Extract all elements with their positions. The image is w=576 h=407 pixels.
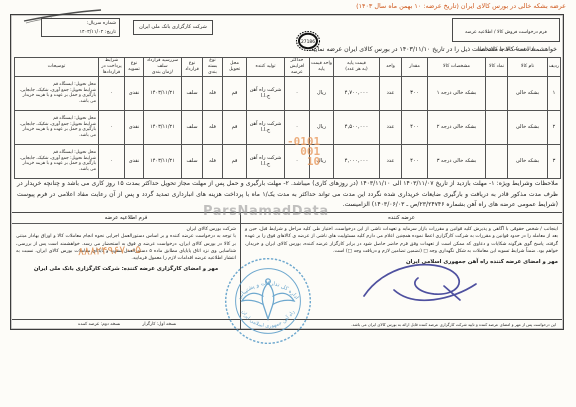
cell: ۳ [548, 144, 561, 178]
railway-round-stamp-icon: اداره کل تدارکات و پشتیبانی راه آهن جمهو… [223, 256, 313, 346]
col-header-price-unit: واحد قیمت پایه [310, 58, 334, 77]
cell: ۱۴۰۳/۱۱/۲۱ [144, 76, 182, 110]
cell: شرکت راه آهن ج.ا.ا [247, 110, 285, 144]
col-header-payment-terms: شرایط پرداخت در قراردادها [99, 58, 125, 77]
col-header-unit: واحد [380, 58, 402, 77]
date-line: تاریخ: ۱۴۰۳/۱۱/۰۲ [42, 29, 116, 38]
col-header-maturity: سررسید قرارداد سلف /زمان بندی [144, 58, 182, 77]
form-title-box: فرم درخواست فروش کالا / اطلاعیه عرضه باز… [452, 18, 560, 42]
cell: · [99, 110, 125, 144]
footer-note: این درخواست پس از مهر و امضای عرضه کننده… [351, 322, 556, 327]
svg-text:اداره کل تدارکات و پشتیبانی: اداره کل تدارکات و پشتیبانی [237, 280, 300, 301]
cell: سلف [182, 76, 203, 110]
cell: فله [203, 110, 223, 144]
cell: ۱۴۰۳/۱۱/۲۱ [144, 144, 182, 178]
cell: سلف [182, 110, 203, 144]
col-header-packaging: نوع بسته بندی [203, 58, 223, 77]
cell: · [99, 76, 125, 110]
cell: شرکت راه آهن ج.ا.ا [247, 76, 285, 110]
scanned-form-sheet: عرضه بشکه خالی در بورس کالای ایران (تاری… [0, 0, 576, 407]
cell [486, 76, 508, 110]
broker-name-box: شرکت کارگزاری بانک ملی ایران [133, 20, 213, 35]
cell: قم [223, 110, 247, 144]
cell: · [285, 76, 310, 110]
col-header-qty: مقدار [402, 58, 428, 77]
col-header-max-increase: حداکثر افزایش عرضه [285, 58, 310, 77]
cell: ۴,۰۰۰,۰۰۰ [334, 144, 380, 178]
table-header-row: ردیف نام کالا نماد کالا مشخصات کالا مقدا… [15, 58, 561, 77]
cell: ۱۴۰۳/۱۱/۲۱ [144, 110, 182, 144]
serial-date-box: شماره سریال: تاریخ: ۱۴۰۳/۱۱/۰۲ [41, 18, 120, 37]
form-title-line1: فرم درخواست فروش کالا / اطلاعیه عرضه [453, 29, 559, 38]
footer-copy1: نسخه اول: کارگزار [142, 322, 176, 327]
col-header-notes: توضیحات [15, 58, 99, 77]
col-header-producer: تولید کننده [247, 58, 285, 77]
cell: عدد [380, 144, 402, 178]
cell: شرکت راه آهن ج.ا.ا [247, 144, 285, 178]
watermark-brand: ParsNamadData [203, 204, 329, 219]
cell: بشکه خالی [508, 110, 548, 144]
cell: نقدی [125, 144, 144, 178]
page-title: عرضه بشکه خالی در بورس کالای ایران (تاری… [356, 2, 566, 10]
watermark-phone: ۸۸۸۲۴۹۶۷۰-۵ [78, 243, 141, 258]
col-header-settlement: نوع تسویه [125, 58, 144, 77]
signature-graphic [356, 256, 484, 314]
cell-notes: محل تحویل: ایستگاه قم شرایط تحویل: جمع آ… [15, 144, 99, 178]
cell: ۴,۷۰۰,۰۰۰ [334, 76, 380, 110]
cell: قم [223, 144, 247, 178]
cell: ۴,۵۰۰,۰۰۰ [334, 110, 380, 144]
watermark-code: -0101 001 10 [287, 137, 320, 167]
col-header-base-price: قیمت پایه (به هر عدد) [334, 58, 380, 77]
cell [486, 110, 508, 144]
seal-number: 27186 [301, 39, 315, 45]
col-header-specs: مشخصات کالا [428, 58, 486, 77]
cell: عدد [380, 110, 402, 144]
cell: بشکه خالی درجه ۳ [428, 144, 486, 178]
supplier-declaration: اینجانب / شخص حقوقی با آگاهی و پذیرش کلی… [245, 226, 558, 255]
cell: بشکه خالی [508, 144, 548, 178]
col-header-symbol: نماد کالا [486, 58, 508, 77]
table-row: ۱ بشکه خالی بشکه خالی درجه ۱ ۳۰۰ عدد ۴,۷… [15, 76, 561, 110]
col-header-row: ردیف [548, 58, 561, 77]
col-header-name: نام کالا [508, 58, 548, 77]
col-header-delivery-place: محل تحویل [223, 58, 247, 77]
cell: ۴۰۰ [402, 110, 428, 144]
cell: ۲ [548, 110, 561, 144]
cell: بشکه خالی درجه ۲ [428, 110, 486, 144]
cell: ۱ [548, 76, 561, 110]
cell: فله [203, 144, 223, 178]
broker-sign-line: مهر و امضای کارگزاری عرضه کننده: شرکت کا… [16, 266, 236, 272]
cell-notes: محل تحویل: ایستگاه قم شرایط تحویل: جمع آ… [15, 76, 99, 110]
serial-label: شماره سریال: [42, 20, 116, 29]
cell: فله [203, 76, 223, 110]
cell: بشکه خالی [508, 76, 548, 110]
cell: بشکه خالی درجه ۱ [428, 76, 486, 110]
cell: قم [223, 76, 247, 110]
broker-cell: فرم اطلاعیه عرضه شرکت بورس کالای ایران ب… [12, 213, 240, 329]
cell-notes: محل تحویل: ایستگاه قم شرایط تحویل: جمع آ… [15, 110, 99, 144]
cell: نقدی [125, 110, 144, 144]
cell: سلف [182, 144, 203, 178]
cell [486, 144, 508, 178]
request-line: خواهشمند است کالا با مشخصات ذیل را در تا… [308, 46, 557, 53]
cell: ۳۰۰ [402, 76, 428, 110]
footer-copy2: نسخه دوم: عرضه کننده [78, 322, 120, 327]
cell: عدد [380, 76, 402, 110]
cell: ۴۰۰ [402, 144, 428, 178]
cell: نقدی [125, 76, 144, 110]
stamp-top-text: اداره کل تدارکات و پشتیبانی [237, 280, 300, 301]
col-header-contract-type: نوع قرارداد [182, 58, 203, 77]
cell: · [99, 144, 125, 178]
cell: ریال [310, 76, 334, 110]
